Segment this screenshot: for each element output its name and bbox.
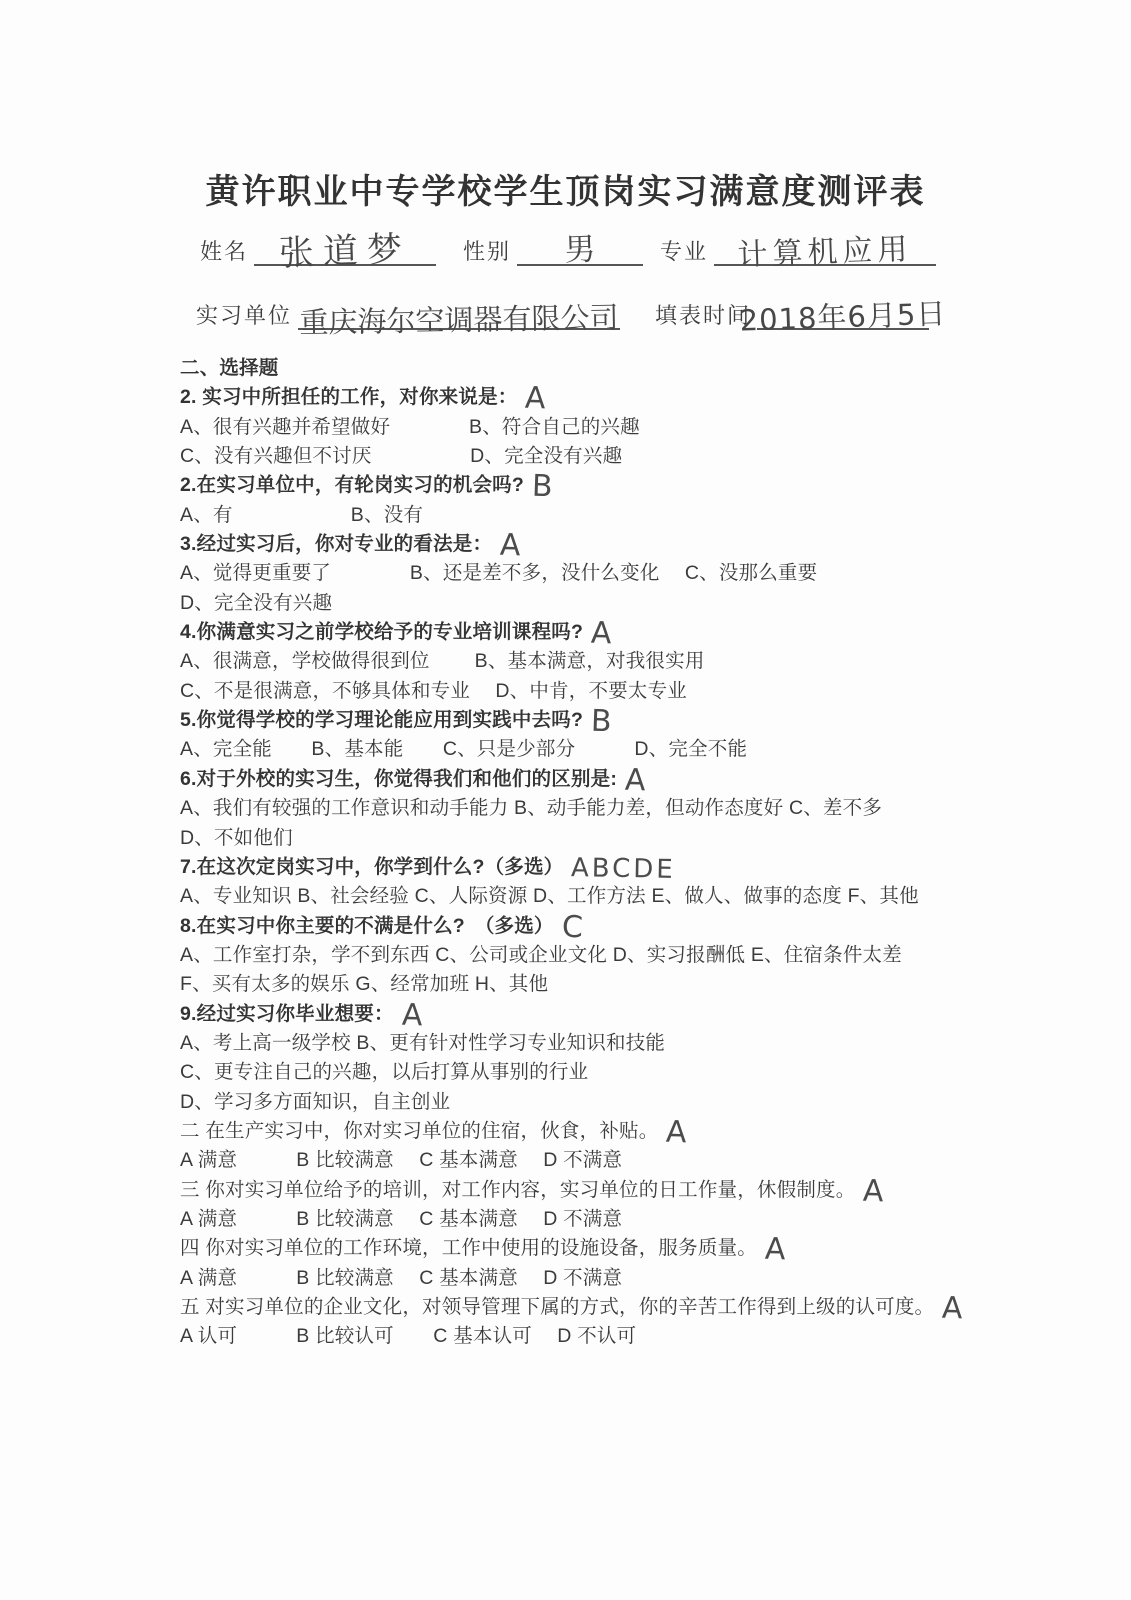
internship-unit-field-group: 实习单位 重庆海尔空调器有限公司	[196, 296, 620, 330]
question-options: A、我们有较强的工作意识和动手能力 B、动手能力差，但动作态度好 C、差不多	[180, 794, 1100, 823]
handwritten-answer: B	[531, 472, 553, 503]
handwritten-answer: C	[561, 912, 583, 943]
name-handwritten-value: 张道梦	[278, 233, 411, 273]
name-label: 姓名	[200, 235, 248, 266]
gender-field-group: 性别 男	[463, 232, 643, 266]
handwritten-answer: A	[863, 1176, 885, 1207]
handwritten-answer: A	[500, 531, 522, 562]
question-block: 2.在实习单位中，有轮岗实习的机会吗?B A、有 B、没有	[180, 471, 1100, 530]
question-block: 6.对于外校的实习生，你觉得我们和他们的区别是:A A、我们有较强的工作意识和动…	[180, 765, 1100, 853]
question-text: 5.你觉得学校的学习理论能应用到实践中去吗?	[180, 709, 583, 731]
question-text: 3.经过实习后，你对专业的看法是：	[180, 533, 492, 555]
form-title: 黄许职业中专学校学生顶岗实习满意度测评表	[0, 164, 1131, 213]
handwritten-answer: A	[666, 1118, 688, 1149]
question-block: 四 你对实习单位的工作环境，工作中使用的设施设备，服务质量。A A 满意 B 比…	[180, 1234, 1100, 1293]
question-block: 9.经过实习你毕业想要：A A、考上高一级学校 B、更有针对性学习专业知识和技能…	[180, 1000, 1100, 1117]
gender-field-underline: 男	[517, 232, 643, 266]
question-options: A、很满意，学校做得很到位 B、基本满意，对我很实用	[180, 647, 1100, 676]
question-block: 3.经过实习后，你对专业的看法是：A A、觉得更重要了 B、还是差不多，没什么变…	[180, 530, 1100, 618]
handwritten-answer: A	[625, 765, 647, 796]
question-prompt: 9.经过实习你毕业想要：A	[180, 1000, 1100, 1029]
gender-handwritten-value: 男	[564, 234, 596, 266]
question-prompt: 2. 实习中所担任的工作，对你来说是：A	[180, 383, 1100, 412]
question-block: 5.你觉得学校的学习理论能应用到实践中去吗?B A、完全能 B、基本能 C、只是…	[180, 706, 1100, 765]
handwritten-answer: ABCDE	[571, 855, 676, 883]
question-options: D、不如他们	[180, 824, 1100, 853]
question-prompt: 4.你满意实习之前学校给予的专业培训课程吗?A	[180, 618, 1100, 647]
question-text: 三 你对实习单位给予的培训，对工作内容，实习单位的日工作量，休假制度。	[180, 1179, 855, 1201]
question-options: A、专业知识 B、社会经验 C、人际资源 D、工作方法 E、做人、做事的态度 F…	[180, 882, 1100, 911]
question-text: 9.经过实习你毕业想要：	[180, 1003, 394, 1025]
question-options: D、学习多方面知识，自主创业	[180, 1088, 1100, 1117]
question-prompt: 2.在实习单位中，有轮岗实习的机会吗?B	[180, 471, 1100, 500]
handwritten-answer: A	[525, 384, 547, 415]
question-options: A、很有兴趣并希望做好 B、符合自己的兴趣	[180, 413, 1100, 442]
question-block: 五 对实习单位的企业文化，对领导管理下属的方式，你的辛苦工作得到上级的认可度。A…	[180, 1293, 1100, 1352]
internship-unit-field-underline: 重庆海尔空调器有限公司	[298, 296, 620, 330]
question-options: A 满意 B 比较满意 C 基本满意 D 不满意	[180, 1264, 1100, 1293]
question-options: A、考上高一级学校 B、更有针对性学习专业知识和技能	[180, 1029, 1100, 1058]
handwritten-answer: A	[591, 619, 613, 650]
question-prompt: 7.在这次定岗实习中，你学到什么?（多选）ABCDE	[180, 853, 1100, 882]
question-prompt: 二 在生产实习中，你对实习单位的住宿，伙食，补贴。A	[180, 1117, 1100, 1146]
major-field-group: 专业 计算机应用	[660, 232, 936, 266]
question-options: C、更专注自己的兴趣，以后打算从事别的行业	[180, 1058, 1100, 1087]
question-options: C、不是很满意，不够具体和专业 D、中肯，不要太专业	[180, 677, 1100, 706]
fill-date-label: 填表时间	[655, 299, 751, 330]
question-text: 四 你对实习单位的工作环境，工作中使用的设施设备，服务质量。	[180, 1237, 757, 1259]
fill-date-handwritten-value: 2018年6月5日	[739, 299, 947, 335]
question-options: F、买有太多的娱乐 G、经常加班 H、其他	[180, 970, 1100, 999]
question-text: 8.在实习中你主要的不满是什么? （多选）	[180, 915, 554, 937]
question-text: 4.你满意实习之前学校给予的专业培训课程吗?	[180, 621, 583, 643]
question-options: A、工作室打杂，学不到东西 C、公司或企业文化 D、实习报酬低 E、住宿条件太差	[180, 941, 1100, 970]
question-options: A、觉得更重要了 B、还是差不多，没什么变化 C、没那么重要	[180, 559, 1100, 588]
handwritten-answer: A	[401, 1000, 423, 1031]
question-text: 2.在实习单位中，有轮岗实习的机会吗?	[180, 475, 524, 497]
question-options: A、有 B、没有	[180, 501, 1100, 530]
question-block: 三 你对实习单位给予的培训，对工作内容，实习单位的日工作量，休假制度。A A 满…	[180, 1176, 1100, 1235]
question-text: 五 对实习单位的企业文化，对领导管理下属的方式，你的辛苦工作得到上级的认可度。	[180, 1296, 934, 1318]
question-text: 2. 实习中所担任的工作，对你来说是：	[180, 387, 517, 409]
question-prompt: 3.经过实习后，你对专业的看法是：A	[180, 530, 1100, 559]
handwritten-answer: A	[764, 1235, 786, 1266]
question-block: 二 在生产实习中，你对实习单位的住宿，伙食，补贴。A A 满意 B 比较满意 C…	[180, 1117, 1100, 1176]
question-block: 8.在实习中你主要的不满是什么? （多选）C A、工作室打杂，学不到东西 C、公…	[180, 912, 1100, 1000]
section-header: 二、选择题	[180, 354, 1100, 383]
major-handwritten-value: 计算机应用	[737, 235, 913, 271]
question-block: 7.在这次定岗实习中，你学到什么?（多选）ABCDE A、专业知识 B、社会经验…	[180, 853, 1100, 912]
question-prompt: 8.在实习中你主要的不满是什么? （多选）C	[180, 912, 1100, 941]
name-field-group: 姓名 张道梦	[200, 232, 436, 266]
fill-date-field-underline: 2018年6月5日	[757, 296, 929, 330]
question-options: A、完全能 B、基本能 C、只是少部分 D、完全不能	[180, 735, 1100, 764]
multiple-choice-section: 二、选择题 2. 实习中所担任的工作，对你来说是：A A、很有兴趣并希望做好 B…	[180, 354, 1100, 1352]
question-prompt: 五 对实习单位的企业文化，对领导管理下属的方式，你的辛苦工作得到上级的认可度。A	[180, 1293, 1100, 1322]
question-options: A 满意 B 比较满意 C 基本满意 D 不满意	[180, 1205, 1100, 1234]
question-prompt: 四 你对实习单位的工作环境，工作中使用的设施设备，服务质量。A	[180, 1234, 1100, 1263]
question-block: 4.你满意实习之前学校给予的专业培训课程吗?A A、很满意，学校做得很到位 B、…	[180, 618, 1100, 706]
question-prompt: 6.对于外校的实习生，你觉得我们和他们的区别是:A	[180, 765, 1100, 794]
handwritten-answer: B	[591, 707, 613, 738]
question-options: A 认可 B 比较认可 C 基本认可 D 不认可	[180, 1322, 1100, 1351]
scanned-survey-form: 黄许职业中专学校学生顶岗实习满意度测评表 姓名 张道梦 性别 男 专业 计算机应…	[0, 0, 1131, 1600]
gender-label: 性别	[463, 235, 511, 266]
question-text: 二 在生产实习中，你对实习单位的住宿，伙食，补贴。	[180, 1120, 658, 1142]
question-block: 2. 实习中所担任的工作，对你来说是：A A、很有兴趣并希望做好 B、符合自己的…	[180, 383, 1100, 471]
question-prompt: 5.你觉得学校的学习理论能应用到实践中去吗?B	[180, 706, 1100, 735]
internship-unit-handwritten-value: 重庆海尔空调器有限公司	[299, 303, 618, 338]
major-field-underline: 计算机应用	[714, 232, 936, 266]
internship-unit-label: 实习单位	[196, 299, 292, 330]
question-options: C、没有兴趣但不讨厌 D、完全没有兴趣	[180, 442, 1100, 471]
question-options: A 满意 B 比较满意 C 基本满意 D 不满意	[180, 1146, 1100, 1175]
major-label: 专业	[660, 235, 708, 266]
question-prompt: 三 你对实习单位给予的培训，对工作内容，实习单位的日工作量，休假制度。A	[180, 1176, 1100, 1205]
question-text: 7.在这次定岗实习中，你学到什么?（多选）	[180, 856, 563, 878]
question-text: 6.对于外校的实习生，你觉得我们和他们的区别是:	[180, 768, 617, 790]
name-field-underline: 张道梦	[254, 232, 436, 266]
fill-date-field-group: 填表时间 2018年6月5日	[655, 296, 929, 330]
question-options: D、完全没有兴趣	[180, 589, 1100, 618]
handwritten-answer: A	[942, 1294, 964, 1325]
